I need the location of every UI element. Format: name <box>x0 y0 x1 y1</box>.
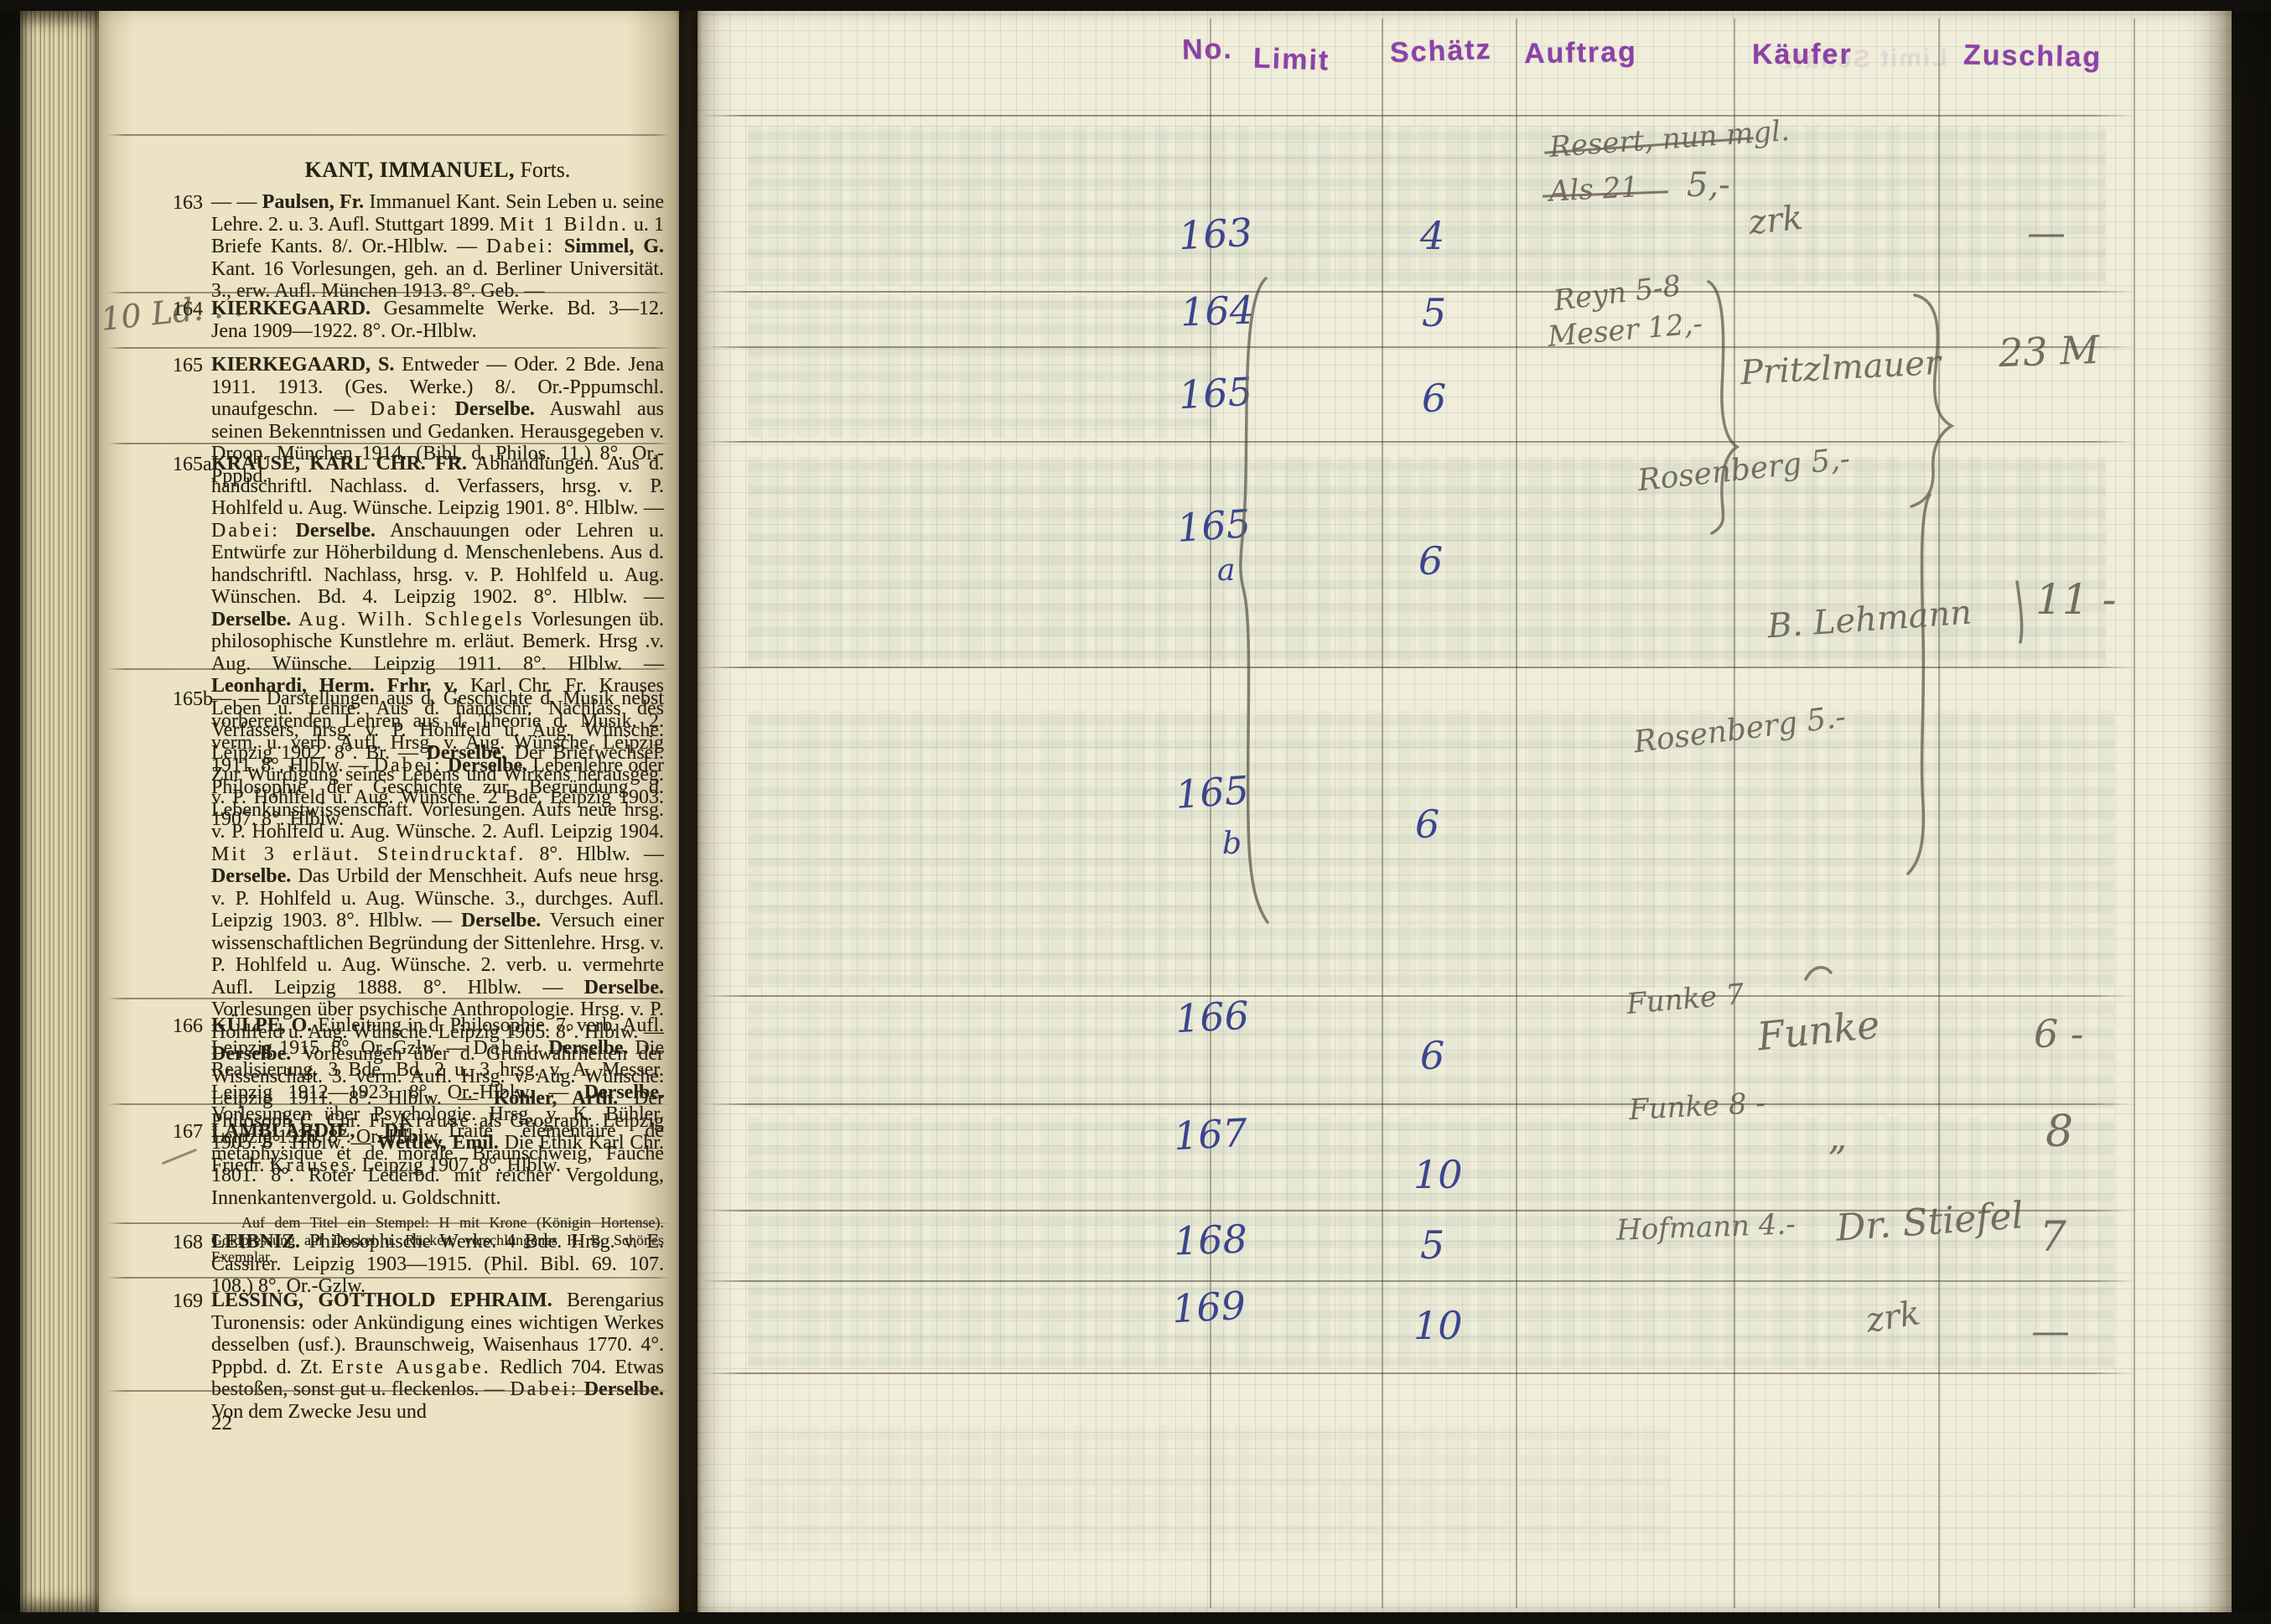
section-header: KANT, IMMANUEL, Forts. <box>211 158 664 183</box>
entry-separator-line <box>107 443 671 444</box>
row-165-kaeufer: Pritzlmauer <box>1740 344 1942 392</box>
row-separator-line <box>701 667 2136 668</box>
header-limit: Limit <box>1252 42 1330 77</box>
header-no: No. <box>1182 33 1233 66</box>
row-separator-line <box>701 115 2136 117</box>
entry-number: 165b <box>173 688 210 711</box>
entry-separator-line <box>107 1222 671 1224</box>
entry-number: 165 <box>173 355 210 377</box>
row-169-kaeufer: zrk <box>1864 1294 1923 1341</box>
pencil-braces <box>697 0 2232 1624</box>
row-separator-line <box>701 1210 2136 1212</box>
entry-separator-line <box>107 1277 671 1279</box>
funke-hook-mark <box>1806 968 1831 979</box>
show-through-band <box>748 1425 1670 1551</box>
entry-163: 163— — Paulsen, Fr. Immanuel Kant. Sein … <box>173 191 664 303</box>
row-165-no: 165 <box>1178 369 1254 418</box>
entry-number: 167 <box>173 1121 210 1144</box>
entry-separator-line <box>107 668 671 670</box>
row-169-schaetz: 10 <box>1413 1303 1463 1348</box>
row-165b-sub: b <box>1222 827 1242 861</box>
row-167-zuschlag: 8 <box>2045 1107 2073 1157</box>
entry-number: 165a <box>173 454 210 476</box>
book-page-edges <box>20 8 99 1616</box>
header-stamp-ghost: Limit Schätz <box>1779 44 1947 75</box>
entry-text: LAMBLARDIE, DE. Traité élémentaire de mé… <box>211 1120 664 1209</box>
entry-number: 164 <box>173 298 210 321</box>
pencil-note-line1: Resert, nun mgl. <box>1548 114 1791 164</box>
show-through-band <box>748 126 2106 285</box>
entry-number: 163 <box>173 192 210 215</box>
row-168-no: 168 <box>1173 1216 1248 1263</box>
brace-auftrag-164-165 <box>1708 282 1737 533</box>
row-separator-line <box>701 1280 2136 1282</box>
brace-kaeufer-164-165 <box>1911 295 1952 506</box>
entry-separator-line <box>107 1390 671 1392</box>
row-169-no: 169 <box>1171 1283 1247 1332</box>
row-167-no: 167 <box>1173 1110 1249 1160</box>
pencil-note-value: 5,- <box>1687 166 1730 205</box>
row-165a-sub: a <box>1217 553 1235 588</box>
entry-164: 164KIERKEGAARD. Gesammelte Werke. Bd. 3—… <box>173 298 664 342</box>
entry-number: 168 <box>173 1232 210 1254</box>
row-165a-auftrag: Rosenberg 5,- <box>1636 442 1852 498</box>
header-auftrag: Auftrag <box>1524 36 1638 70</box>
row-167-schaetz: 10 <box>1413 1152 1463 1197</box>
show-through-band <box>748 711 2114 988</box>
section-header-name: KANT, IMMANUEL, <box>305 158 515 182</box>
row-168-auftrag: Hofmann 4.- <box>1615 1207 1796 1247</box>
entry-separator-line <box>107 292 671 293</box>
row-165b-schaetz: 6 <box>1415 802 1439 847</box>
row-separator-line <box>701 346 2136 348</box>
row-separator-line <box>701 1372 2136 1374</box>
brace-kaeufer-165a-165b <box>1908 495 1930 874</box>
entry-separator-line <box>107 347 671 349</box>
row-165a-zuschlag: 11 - <box>2035 575 2116 624</box>
entry-separator-line <box>107 998 671 999</box>
header-schaetz: Schätz <box>1389 34 1492 70</box>
column-line-limit <box>1382 18 1383 1608</box>
row-separator-line <box>701 441 2136 443</box>
entry-text: LEIBNIZ. Philosophische Werke. 4 Bde. Hr… <box>211 1231 664 1298</box>
row-166-no: 166 <box>1174 993 1251 1042</box>
book-gutter <box>676 0 701 1624</box>
row-168-zuschlag: 7 <box>2040 1212 2066 1261</box>
section-header-suffix: Forts. <box>515 158 570 182</box>
row-166-auftrag: Funke 7 <box>1625 978 1746 1021</box>
row-168-kaeufer: Dr. Stiefel <box>1834 1194 2025 1249</box>
entry-168: 168LEIBNIZ. Philosophische Werke. 4 Bde.… <box>173 1231 664 1298</box>
row-167-auftrag: Funke 8 - <box>1628 1087 1766 1127</box>
entry-separator-line <box>107 134 671 136</box>
row-165a-kaeufer: B. Lehmann <box>1766 594 1973 646</box>
row-165a-schaetz: 6 <box>1418 538 1443 584</box>
entry-separator-line <box>107 1103 671 1105</box>
scan-border-top <box>0 0 2271 11</box>
auction-catalog-scan: 10 Ld. . . KANT, IMMANUEL, Forts. 163— —… <box>0 0 2271 1624</box>
row-165b-no: 165 <box>1174 767 1250 817</box>
row-169-zuschlag: — <box>2031 1308 2070 1353</box>
row-166-schaetz: 6 <box>1420 1033 1444 1078</box>
row-163-no: 163 <box>1178 210 1254 259</box>
column-line-kaeufer <box>1938 18 1940 1608</box>
entry-text: LESSING, GOTTHOLD EPHRAIM. Berengarius T… <box>211 1289 664 1423</box>
entry-169: 169LESSING, GOTTHOLD EPHRAIM. Berengariu… <box>173 1289 664 1423</box>
row-168-schaetz: 5 <box>1420 1222 1444 1268</box>
row-165-zuschlag: 23 M <box>1998 327 2100 376</box>
entry-number: 169 <box>173 1290 210 1313</box>
right-page: No. Limit Schätz Auftrag Käufer Zuschlag… <box>697 0 2232 1624</box>
row-163-zuschlag: — <box>2027 210 2066 255</box>
row-164-schaetz: 5 <box>1422 290 1446 335</box>
row-166-kaeufer: Funke <box>1755 1002 1882 1060</box>
row-separator-line <box>701 1103 2136 1105</box>
row-167-kaeufer-ditto: ” <box>1828 1139 1847 1181</box>
row-separator-line <box>701 995 2136 997</box>
entry-number: 166 <box>173 1015 210 1038</box>
row-166-zuschlag: 6 - <box>2034 1011 2083 1056</box>
row-164-no: 164 <box>1180 287 1255 335</box>
column-line-schaetz <box>1516 18 1517 1608</box>
row-165b-auftrag: Rosenberg 5.- <box>1631 700 1847 760</box>
header-zuschlag: Zuschlag <box>1963 39 2102 75</box>
entry-text: — — Paulsen, Fr. Immanuel Kant. Sein Leb… <box>211 191 664 303</box>
row-165a-no: 165 <box>1175 501 1252 551</box>
row-165-schaetz: 6 <box>1422 376 1446 421</box>
row-separator-line <box>701 291 2136 293</box>
zuschlag-stroke-165a <box>2017 582 2022 642</box>
row-163-kaeufer: zrk <box>1747 199 1805 242</box>
entry-text: KIERKEGAARD. Gesammelte Werke. Bd. 3—12.… <box>211 298 664 342</box>
pencil-note-line2: Als 21 <box>1548 170 1640 209</box>
show-through-band <box>748 295 1217 438</box>
column-line-auftrag <box>1734 18 1735 1608</box>
row-163-schaetz: 4 <box>1420 213 1444 258</box>
page-number: 22 <box>211 1412 232 1435</box>
left-page: 10 Ld. . . KANT, IMMANUEL, Forts. 163— —… <box>99 0 679 1624</box>
column-line-zuschlag <box>2134 18 2135 1608</box>
scan-border-bottom <box>0 1612 2271 1624</box>
